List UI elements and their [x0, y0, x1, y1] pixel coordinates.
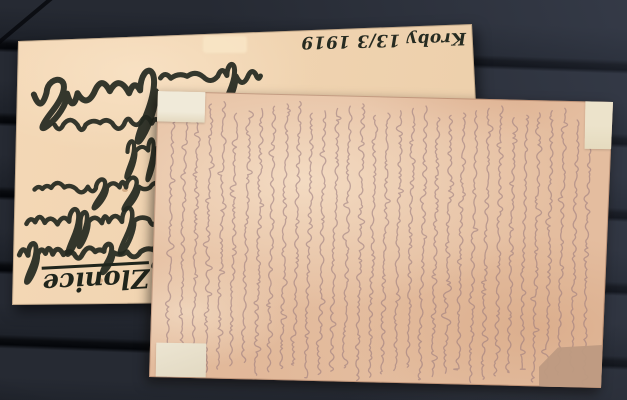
- photo-background: Kroby 13/3 1919 Zlonice: [0, 0, 627, 400]
- bottom-card-shadow-wrap: [0, 0, 627, 400]
- corner-mount-bottom-left: [156, 343, 207, 378]
- handwriting-strokes-faded-ink: [0, 0, 627, 400]
- corner-mount-top-right: [585, 100, 614, 149]
- corner-mount-top-left: [157, 89, 206, 122]
- bottom-letter-card-message-side: [0, 0, 627, 400]
